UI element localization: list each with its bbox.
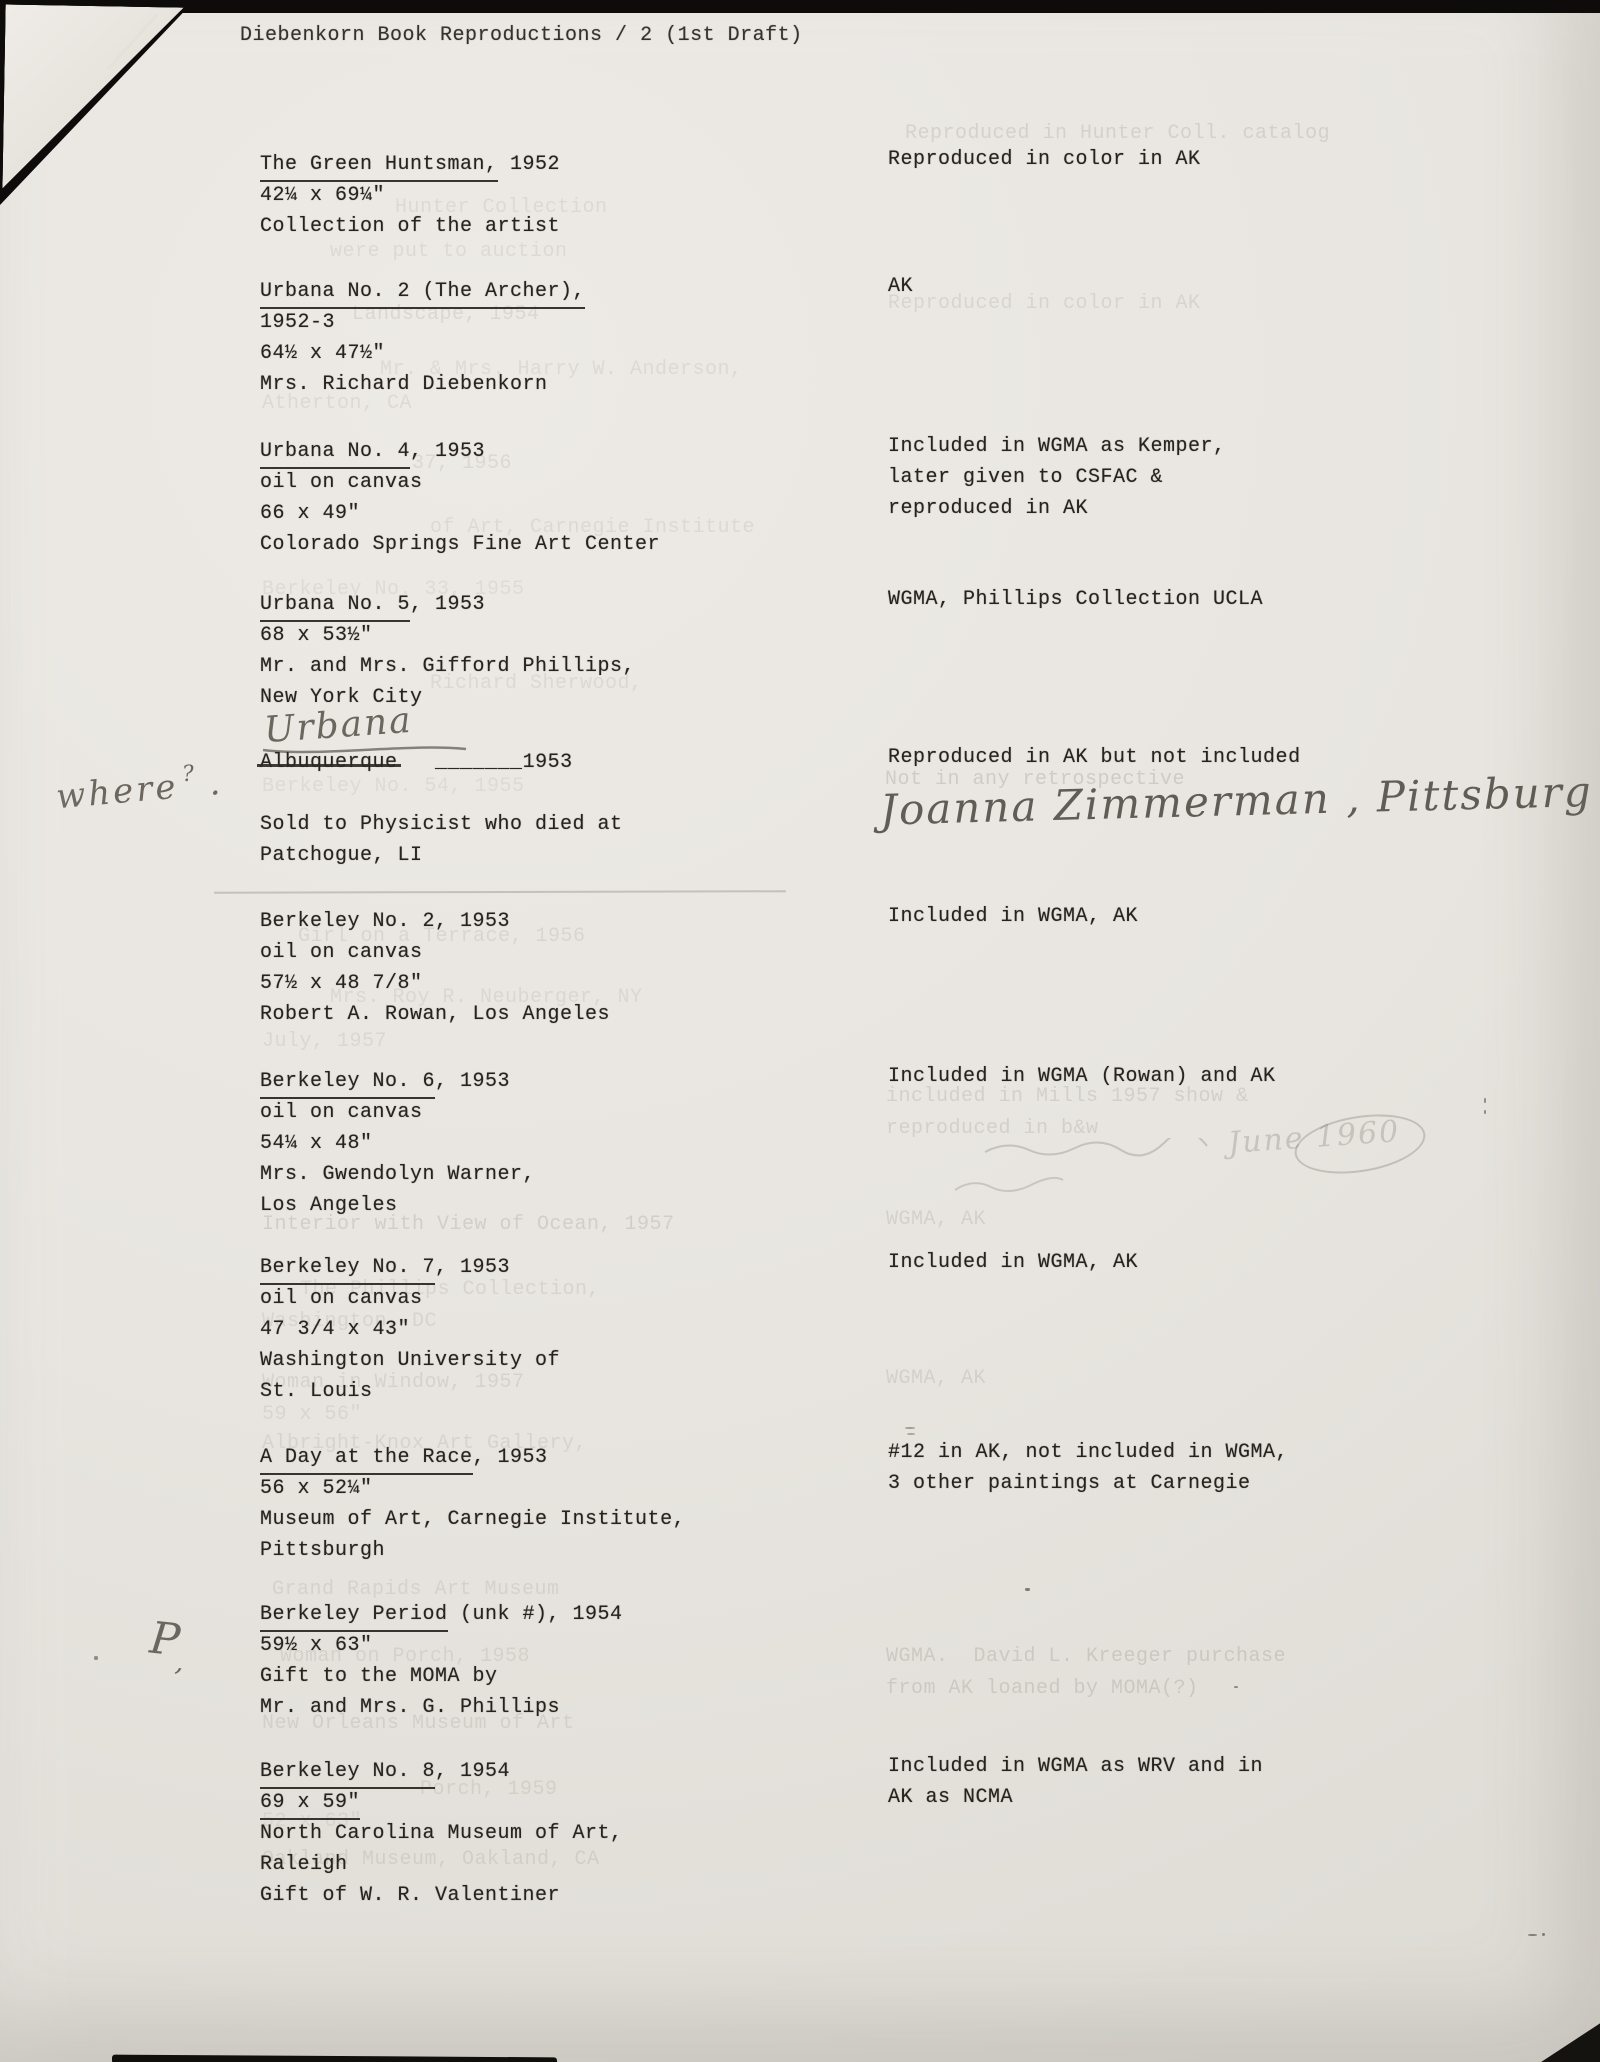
artwork-medium: oil on canvas <box>260 1283 560 1314</box>
artwork-title: Berkeley Period <box>260 1599 448 1632</box>
scan-speck <box>1484 1110 1486 1114</box>
artwork-title-line: Berkeley Period (unk #), 1954 <box>260 1599 623 1630</box>
scan-speck <box>1025 1588 1030 1591</box>
scan-speck <box>907 1433 915 1435</box>
artwork-provenance: Mr. and Mrs. G. Phillips <box>260 1692 623 1723</box>
artwork-collection: Los Angeles <box>260 1190 535 1221</box>
artwork-title-line: Berkeley No. 6, 1953 <box>260 1066 535 1097</box>
typed-underscores: _______ <box>435 751 523 774</box>
artwork-title: Urbana No. 5 <box>260 589 410 622</box>
artwork-collection: Pittsburgh <box>260 1535 685 1566</box>
handwritten-question-mark: ? <box>181 761 198 787</box>
artwork-year: 1952 <box>498 153 561 176</box>
artwork-dimensions: 57½ x 48 7/8" <box>260 968 610 999</box>
ghost-text: WGMA. David L. Kreeger purchase <box>886 1645 1286 1668</box>
artwork-collection: North Carolina Museum of Art, <box>260 1818 623 1849</box>
artwork-year: , 1953 <box>410 440 485 463</box>
artwork-provenance: Gift to the MOMA by <box>260 1661 623 1692</box>
scan-speck <box>94 1656 98 1660</box>
ghost-text: were put to auction <box>330 240 568 263</box>
artwork-title-line: A Day at the Race, 1953 <box>260 1442 685 1473</box>
artwork-dimensions: 42¼ x 69¼" <box>260 180 560 211</box>
artwork-title-line: Berkeley No. 2, 1953 <box>260 906 610 937</box>
artwork-dimensions: 59½ x 63" <box>260 1630 623 1661</box>
ghost-text: reproduced in b&w <box>886 1117 1099 1140</box>
reproduction-note: Reproduced in color in AK <box>888 144 1201 175</box>
artwork-collection: Museum of Art, Carnegie Institute, <box>260 1504 685 1535</box>
artwork-year: , 1953 <box>435 1256 510 1279</box>
artwork-collection: St. Louis <box>260 1376 560 1407</box>
artwork-collection: Raleigh <box>260 1849 623 1880</box>
artwork-year: (unk #), 1954 <box>448 1603 623 1626</box>
scan-vignette <box>0 0 1600 2062</box>
artwork-year: , 1954 <box>435 1760 510 1783</box>
artwork-title-line: Urbana No. 4, 1953 <box>260 436 660 467</box>
ghost-text: Grand Rapids Art Museum <box>272 1578 560 1601</box>
page-title: Diebenkorn Book Reproductions / 2 (1st D… <box>240 20 803 51</box>
artwork-provenance: Sold to Physicist who died at <box>260 809 623 840</box>
artwork-collection: Colorado Springs Fine Art Center <box>260 529 660 560</box>
artwork-title-line: Berkeley No. 8, 1954 <box>260 1756 623 1787</box>
artwork-title: The Green Huntsman, <box>260 149 498 182</box>
artwork-collection: Washington University of <box>260 1345 560 1376</box>
scanner-bed-bottom-right-corner <box>1536 2020 1600 2062</box>
artwork-year: , 1953 <box>473 1446 548 1469</box>
scanner-bed-bottom-edge <box>112 2055 557 2062</box>
artwork-title: A Day at the Race <box>260 1442 473 1475</box>
artwork-dimensions: 64½ x 47½" <box>260 338 585 369</box>
reproduction-note: Included in WGMA (Rowan) and AK <box>888 1061 1276 1092</box>
artwork-title: Berkeley No. 7 <box>260 1252 435 1285</box>
ghost-text: Reproduced in color in AK <box>888 292 1201 315</box>
artwork-title: Berkeley No. 2 <box>260 910 435 933</box>
artwork-collection: Collection of the artist <box>260 211 560 242</box>
faint-crease-line <box>214 890 786 893</box>
ghost-text: Reproduced in Hunter Coll. catalog <box>905 122 1330 145</box>
reproduction-note: AK as NCMA <box>888 1782 1263 1813</box>
handwritten-period: . <box>207 763 224 804</box>
scan-speck <box>1542 1933 1545 1936</box>
artwork-medium: oil on canvas <box>260 937 610 968</box>
scanner-bed-top-edge <box>0 0 1600 13</box>
faint-pencil-squiggles <box>950 1138 1310 1228</box>
artwork-collection: Robert A. Rowan, Los Angeles <box>260 999 610 1030</box>
scan-speck <box>1234 1686 1238 1688</box>
struck-title: Albuquerque <box>260 751 398 774</box>
scan-speck <box>905 1427 915 1429</box>
artwork-title: Urbana No. 2 (The Archer), <box>260 276 585 309</box>
handwritten-name: Joanna Zimmerman <box>879 774 1331 835</box>
ghost-text: July, 1957 <box>262 1030 387 1053</box>
artwork-title-line: Albuquerque _______1953 <box>260 747 623 778</box>
artwork-year: , 1953 <box>435 910 510 933</box>
artwork-title-line: Urbana No. 5, 1953 <box>260 589 635 620</box>
reproduction-note: #12 in AK, not included in WGMA, <box>888 1437 1288 1468</box>
artwork-collection: Mrs. Gwendolyn Warner, <box>260 1159 535 1190</box>
artwork-dimensions-underlined: 69 x 59" <box>260 1787 360 1820</box>
artwork-dimensions: 68 x 53½" <box>260 620 635 651</box>
artwork-medium: oil on canvas <box>260 1097 535 1128</box>
artwork-title-line: The Green Huntsman, 1952 <box>260 149 560 180</box>
artwork-dimensions: 66 x 49" <box>260 498 660 529</box>
scan-speck <box>1528 1934 1537 1936</box>
handwritten-where-word: where <box>55 767 181 818</box>
ghost-text: WGMA, AK <box>886 1367 986 1390</box>
artwork-title-line: Berkeley No. 7, 1953 <box>260 1252 560 1283</box>
artwork-dimensions: 54¼ x 48" <box>260 1128 535 1159</box>
artwork-dimensions: 69 x 59" <box>260 1787 623 1818</box>
reproduction-note: later given to CSFAC & <box>888 462 1226 493</box>
scan-speck <box>1484 1098 1486 1103</box>
scanned-document-page: Reproduced in Hunter Coll. catalog Repro… <box>0 0 1600 2062</box>
artwork-medium: oil on canvas <box>260 467 660 498</box>
reproduction-note: 3 other paintings at Carnegie <box>888 1468 1288 1499</box>
artwork-provenance: Patchogue, LI <box>260 840 623 871</box>
artwork-year: , 1953 <box>410 593 485 616</box>
artwork-year-range: 1952-3 <box>260 307 585 338</box>
artwork-collection: Mrs. Richard Diebenkorn <box>260 369 585 400</box>
reproduction-note: Included in WGMA as Kemper, <box>888 431 1226 462</box>
artwork-title: Urbana No. 4 <box>260 436 410 469</box>
reproduction-note: Included in WGMA, AK <box>888 901 1138 932</box>
artwork-title-line: Urbana No. 2 (The Archer), <box>260 276 585 307</box>
reproduction-note: WGMA, Phillips Collection UCLA <box>888 584 1263 615</box>
ghost-text: from AK loaned by MOMA(?) <box>886 1677 1199 1700</box>
artwork-provenance: Gift of W. R. Valentiner <box>260 1880 623 1911</box>
pencil-circle-mark <box>1290 1106 1429 1182</box>
reproduction-note: Included in WGMA, AK <box>888 1247 1138 1278</box>
reproduction-note: reproduced in AK <box>888 493 1226 524</box>
reproduction-note: Reproduced in AK but not included <box>888 742 1301 773</box>
handwritten-where-annotation: where?. <box>55 763 225 817</box>
handwritten-place: , Pittsburg <box>1330 767 1593 823</box>
artwork-title: Berkeley No. 8 <box>260 1756 435 1789</box>
artwork-collection: Mr. and Mrs. Gifford Phillips, <box>260 651 635 682</box>
reproduction-note: Included in WGMA as WRV and in <box>888 1751 1263 1782</box>
gap <box>398 751 436 774</box>
reproduction-note: AK <box>888 271 913 302</box>
artwork-year: 1953 <box>523 751 573 774</box>
artwork-title: Berkeley No. 6 <box>260 1066 435 1099</box>
artwork-year: , 1953 <box>435 1070 510 1093</box>
artwork-dimensions: 56 x 52¼" <box>260 1473 685 1504</box>
artwork-dimensions: 47 3/4 x 43" <box>260 1314 560 1345</box>
